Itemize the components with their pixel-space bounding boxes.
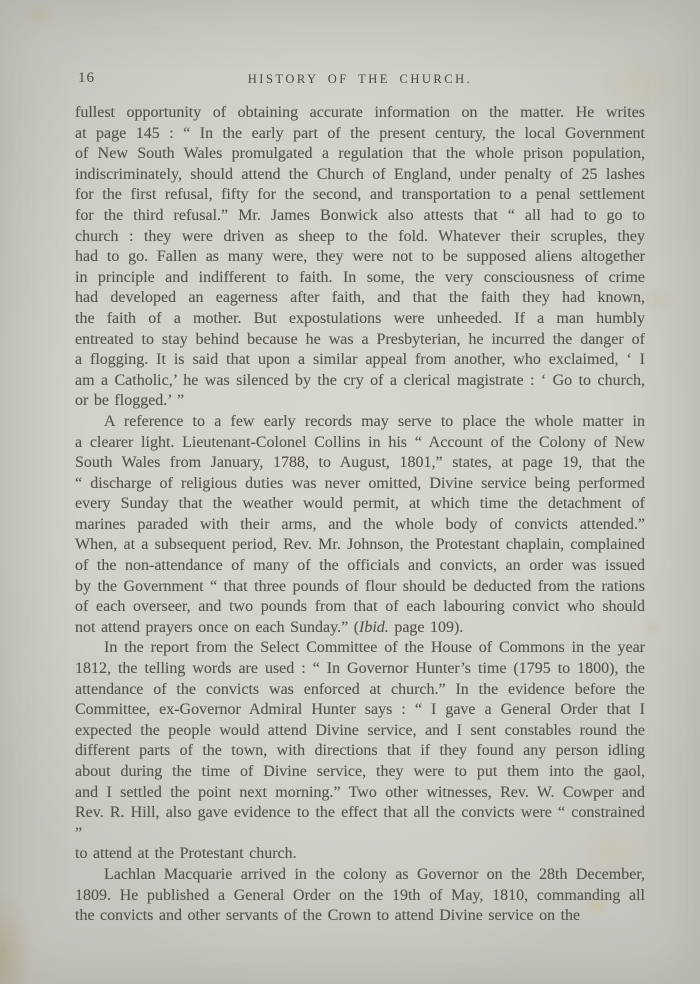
text-line: 1812, the telling words are used : “ In … bbox=[75, 659, 645, 680]
text-line: the convicts and other servants of the C… bbox=[75, 906, 645, 927]
text-line: about during the time of Divine service,… bbox=[75, 762, 645, 783]
text-line: entreated to stay behind because he was … bbox=[75, 330, 645, 351]
text-line: to attend at the Protestant church. bbox=[75, 844, 645, 865]
text-line: indiscriminately, should attend the Chur… bbox=[75, 165, 645, 186]
text-line: am a Catholic,’ he was silenced by the c… bbox=[75, 371, 645, 392]
text-line: In the report from the Select Committee … bbox=[75, 638, 645, 659]
page-title: HISTORY OF THE CHURCH. bbox=[75, 72, 645, 87]
text-line: the faith of a mother. But expostulation… bbox=[75, 309, 645, 330]
text-line: every Sunday that the weather would perm… bbox=[75, 494, 645, 515]
text-line: for the first refusal, fifty for the sec… bbox=[75, 185, 645, 206]
text-line: When, at a subsequent period, Rev. Mr. J… bbox=[75, 535, 645, 556]
scanned-book-page: 16 HISTORY OF THE CHURCH. fullest opport… bbox=[0, 0, 700, 984]
text-line: of New South Wales promulgated a regulat… bbox=[75, 144, 645, 165]
text-line: of each overseer, and two pounds from th… bbox=[75, 597, 645, 618]
paragraph: A reference to a few early records may s… bbox=[75, 412, 645, 639]
text-line: a flogging. It is said that upon a simil… bbox=[75, 350, 645, 371]
text-line: expected the people would attend Divine … bbox=[75, 721, 645, 742]
text-line: attendance of the convicts was enforced … bbox=[75, 680, 645, 701]
text-line: not attend prayers once on each Sunday.”… bbox=[75, 618, 645, 639]
text-line: different parts of the town, with direct… bbox=[75, 741, 645, 762]
text-line: by the Government “ that three pounds of… bbox=[75, 577, 645, 598]
text-line: 1809. He published a General Order on th… bbox=[75, 886, 645, 907]
running-header: 16 HISTORY OF THE CHURCH. bbox=[75, 70, 645, 90]
text-line: A reference to a few early records may s… bbox=[75, 412, 645, 433]
text-line: for the third refusal.” Mr. James Bonwic… bbox=[75, 206, 645, 227]
text-line: church : they were driven as sheep to th… bbox=[75, 227, 645, 248]
text-line: Rev. R. Hill, also gave evidence to the … bbox=[75, 803, 645, 844]
italic-text: Ibid. bbox=[359, 619, 389, 636]
text-line: of the non-attendance of many of the off… bbox=[75, 556, 645, 577]
text-line: marines paraded with their arms, and the… bbox=[75, 515, 645, 536]
text-line: at page 145 : “ In the early part of the… bbox=[75, 124, 645, 145]
text-line: and I settled the point next morning.” T… bbox=[75, 783, 645, 804]
text-line: had to go. Fallen as many were, they wer… bbox=[75, 247, 645, 268]
text-line: a clearer light. Lieutenant-Colonel Coll… bbox=[75, 433, 645, 454]
text-line: in principle and indifferent to faith. I… bbox=[75, 268, 645, 289]
page-body: fullest opportunity of obtaining accurat… bbox=[75, 103, 645, 927]
paragraph: Lachlan Macquarie arrived in the colony … bbox=[75, 865, 645, 927]
text-line: Lachlan Macquarie arrived in the colony … bbox=[75, 865, 645, 886]
text-line: or be flogged.’ ” bbox=[75, 391, 645, 412]
text-line: Committee, ex-Governor Admiral Hunter sa… bbox=[75, 700, 645, 721]
paragraph: In the report from the Select Committee … bbox=[75, 638, 645, 865]
text-line: had developed an eagerness after faith, … bbox=[75, 288, 645, 309]
text-line: fullest opportunity of obtaining accurat… bbox=[75, 103, 645, 124]
text-line: “ discharge of religious duties was neve… bbox=[75, 474, 645, 495]
text-line: South Wales from January, 1788, to Augus… bbox=[75, 453, 645, 474]
paragraph: fullest opportunity of obtaining accurat… bbox=[75, 103, 645, 412]
